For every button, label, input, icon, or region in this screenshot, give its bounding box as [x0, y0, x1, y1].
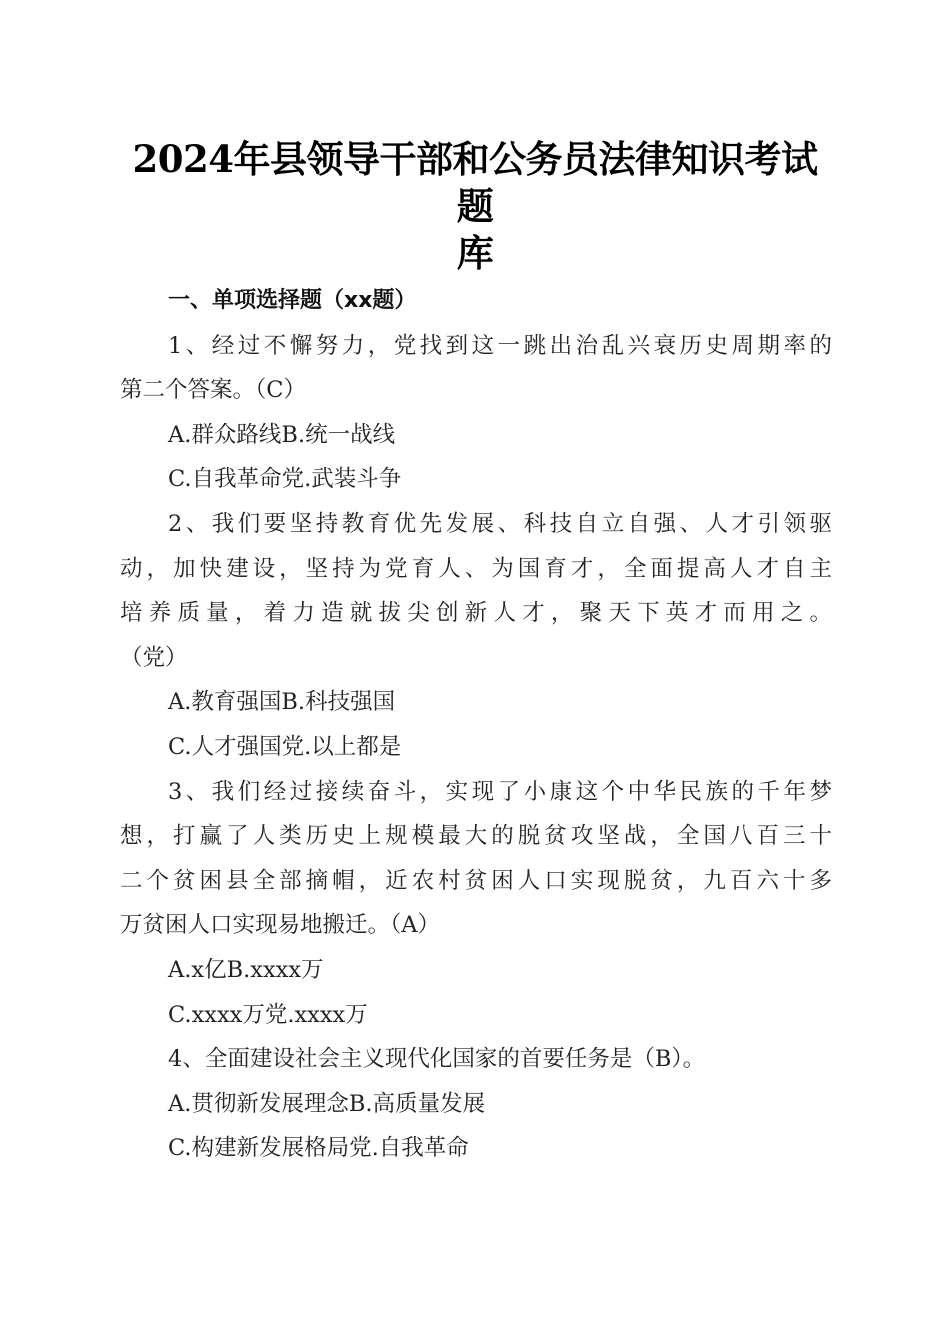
question-options: C.人才强国党.以上都是	[120, 725, 832, 770]
question-options: A.x亿B.xxxx万	[120, 948, 832, 993]
question-3: 3、我们经过接续奋斗，实现了小康这个中华民族的千年梦 想，打赢了人类历史上规模最…	[120, 770, 832, 1038]
question-text-line: 4、全面建设社会主义现代化国家的首要任务是（B）。	[120, 1037, 832, 1082]
question-text-line: 动，加快建设，坚持为党育人、为国育才，全面提高人才自主	[120, 547, 832, 592]
question-options: C.xxxx万党.xxxx万	[120, 993, 832, 1038]
question-text-line: 培养质量，着力造就拔尖创新人才，聚天下英才而用之。	[120, 591, 832, 636]
question-1: 1、经过不懈努力，党找到这一跳出治乱兴衰历史周期率的 第二个答案。（C） A.群…	[120, 324, 832, 502]
question-4: 4、全面建设社会主义现代化国家的首要任务是（B）。 A.贯彻新发展理念B.高质量…	[120, 1037, 832, 1171]
document-body: 一、单项选择题（xx题） 1、经过不懈努力，党找到这一跳出治乱兴衰历史周期率的 …	[120, 279, 832, 1171]
question-text-line: （党）	[120, 636, 832, 681]
section-heading: 一、单项选择题（xx题）	[120, 279, 832, 324]
document-page: 2024年县领导干部和公务员法律知识考试题 库 一、单项选择题（xx题） 1、经…	[0, 0, 950, 1344]
question-text-line: 万贫困人口实现易地搬迁。（A）	[120, 903, 832, 948]
question-text-line: 二个贫困县全部摘帽，近农村贫困人口实现脱贫，九百六十多	[120, 859, 832, 904]
question-options: C.自我革命党.武装斗争	[120, 457, 832, 502]
question-options: A.群众路线B.统一战线	[120, 413, 832, 458]
question-text-line: 第二个答案。（C）	[120, 368, 832, 413]
question-text-line: 1、经过不懈努力，党找到这一跳出治乱兴衰历史周期率的	[120, 324, 832, 369]
question-text-line: 3、我们经过接续奋斗，实现了小康这个中华民族的千年梦	[120, 770, 832, 815]
question-2: 2、我们要坚持教育优先发展、科技自立自强、人才引领驱 动，加快建设，坚持为党育人…	[120, 502, 832, 770]
question-text-line: 2、我们要坚持教育优先发展、科技自立自强、人才引领驱	[120, 502, 832, 547]
title-line-2: 库	[120, 230, 830, 277]
title-line-1: 2024年县领导干部和公务员法律知识考试题	[120, 136, 830, 230]
question-options: A.教育强国B.科技强国	[120, 680, 832, 725]
question-text-line: 想，打赢了人类历史上规模最大的脱贫攻坚战，全国八百三十	[120, 814, 832, 859]
document-title: 2024年县领导干部和公务员法律知识考试题 库	[120, 136, 830, 277]
question-options: A.贯彻新发展理念B.高质量发展	[120, 1082, 832, 1127]
question-options: C.构建新发展格局党.自我革命	[120, 1126, 832, 1171]
